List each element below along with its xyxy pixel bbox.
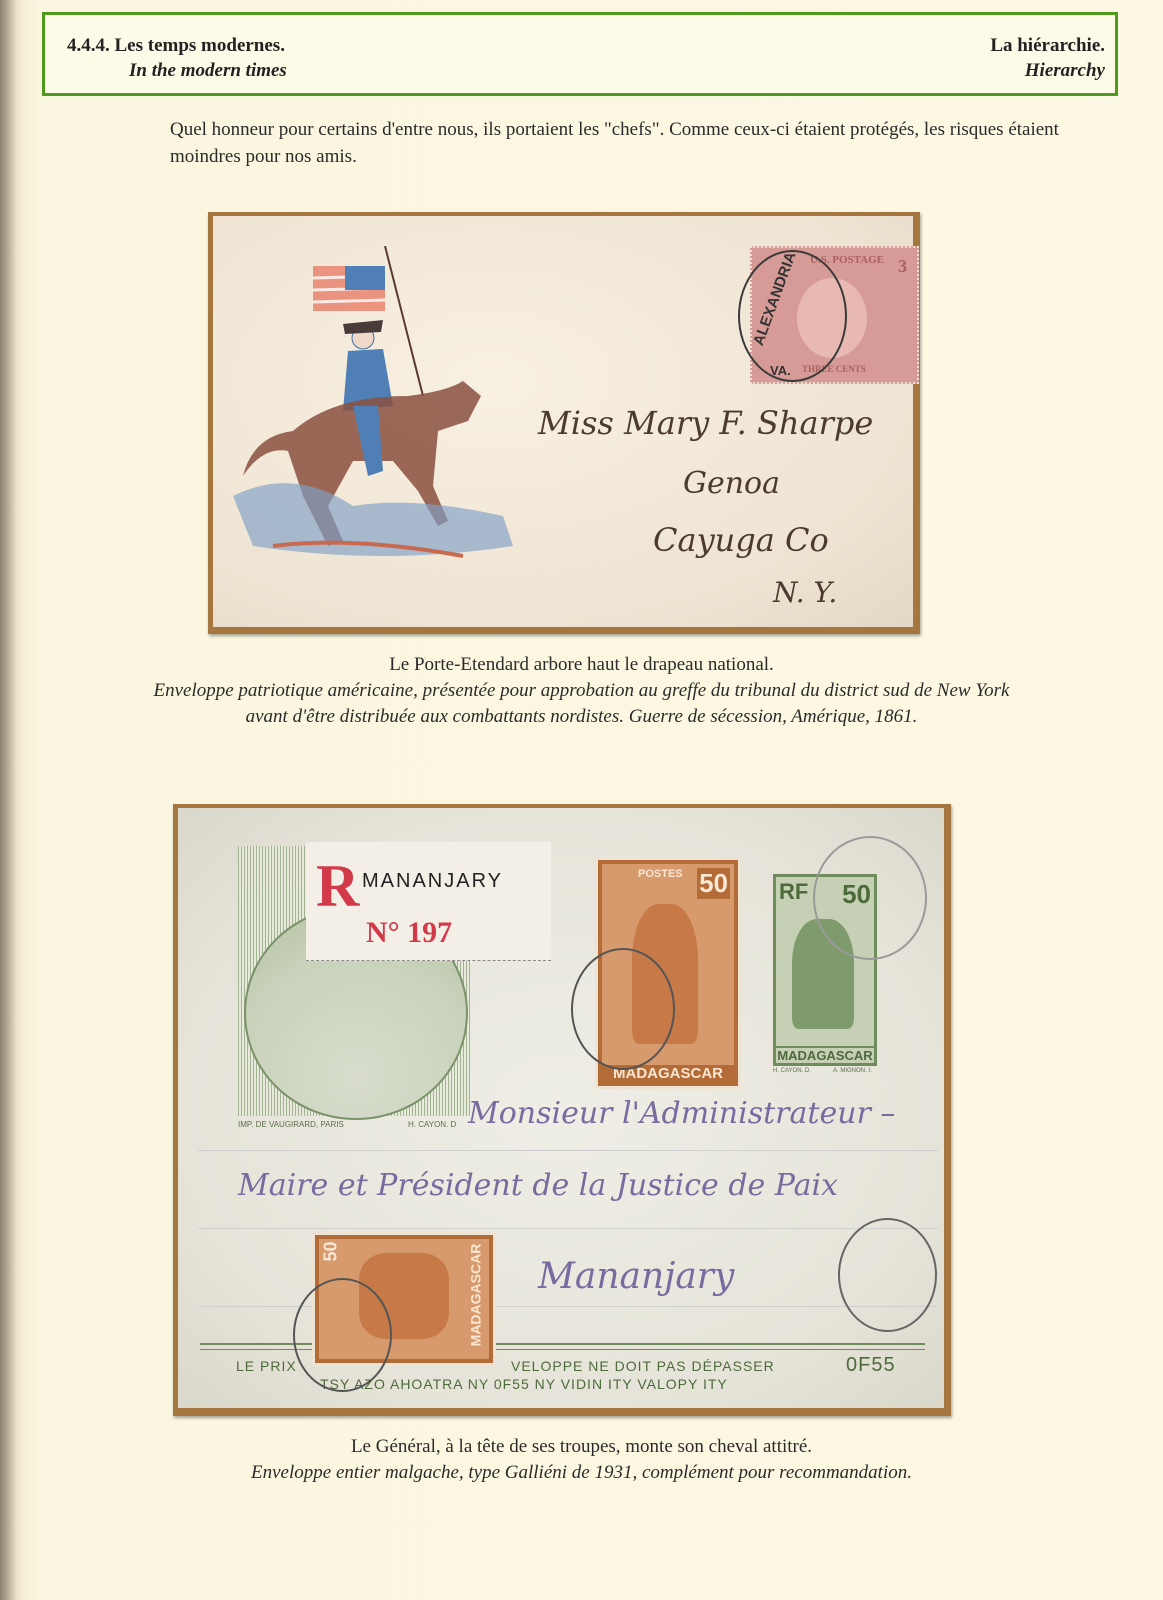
indicia-rf: RF (779, 879, 808, 905)
footer-price: 0F55 (846, 1354, 896, 1377)
section-title-fr: Les temps modernes. (115, 35, 285, 56)
topic-fr: La hiérarchie. (990, 33, 1105, 58)
intro-paragraph: Quel honneur pour certains d'entre nous,… (170, 116, 1070, 170)
postmark-state: VA. (770, 363, 791, 378)
address-line-2: Maire et Président de la Justice de Paix (238, 1168, 838, 1203)
address-line-2: Genoa (683, 466, 780, 501)
envelope-paper: U.S. POSTAGE 3 THREE CENTS ALEXANDRIA VA… (213, 216, 913, 627)
section-number: 4.4.4. (67, 35, 110, 56)
registration-label: R MANANJARY N° 197 (306, 842, 551, 961)
footer-text-malagasy: TSY AZO AHOATRA NY 0F55 NY VIDIN ITY VAL… (320, 1376, 728, 1392)
vignette-engraver: H. CAYON. D (408, 1120, 456, 1129)
address-line-1: Monsieur l'Administrateur – (468, 1096, 895, 1131)
topic-en: Hierarchy (990, 58, 1105, 83)
indicia-engraver-1: H. CAYON. D. (773, 1068, 811, 1074)
address-line-3: Cayuga Co (653, 521, 829, 559)
alexandria-postmark: ALEXANDRIA VA. (738, 250, 847, 382)
address-line-4: N. Y. (773, 576, 837, 609)
registration-letter: R (316, 852, 359, 921)
section-title-en: In the modern times (67, 58, 287, 83)
stamp-country: MADAGASCAR (468, 1244, 484, 1347)
stamp-value: 50 (697, 868, 730, 899)
envelope-civil-war: U.S. POSTAGE 3 THREE CENTS ALEXANDRIA VA… (208, 212, 920, 634)
stamp-value: 3 (898, 256, 907, 277)
mananjary-arrival-postmark (838, 1218, 937, 1332)
postmark-city: ALEXANDRIA (750, 250, 800, 348)
caption-2-description: Enveloppe entier malgache, type Galliéni… (0, 1460, 1163, 1486)
section-header: 4.4.4. Les temps modernes. In the modern… (42, 12, 1118, 96)
stamp-postes: POSTES (638, 868, 683, 880)
caption-2: Le Général, à la tête de ses troupes, mo… (0, 1434, 1163, 1486)
indicia-engraver-2: A. MIGNON. I. (833, 1068, 872, 1074)
address-line-3: Mananjary (538, 1256, 734, 1297)
registration-number: N° 197 (366, 916, 452, 950)
mananjary-postmark (571, 948, 675, 1070)
footer-text-left: LE PRIX (236, 1358, 297, 1374)
section-title: 4.4.4. Les temps modernes. In the modern… (67, 33, 287, 83)
footer-text-right: VELOPPE NE DOIT PAS DÉPASSER (511, 1358, 775, 1374)
envelope-paper: IMP. DE VAUGIRARD, PARIS H. CAYON. D R M… (178, 808, 944, 1408)
indicia-country: MADAGASCAR (776, 1046, 874, 1063)
caption-2-title: Le Général, à la tête de ses troupes, mo… (0, 1434, 1163, 1460)
mananjary-postmark-3 (293, 1278, 392, 1392)
topic-title: La hiérarchie. Hierarchy (990, 33, 1105, 83)
vignette-printer: IMP. DE VAUGIRARD, PARIS (238, 1120, 344, 1129)
address-line-1: Miss Mary F. Sharpe (538, 404, 873, 442)
mananjary-postmark-2 (813, 836, 927, 960)
caption-1-title: Le Porte-Etendard arbore haut le drapeau… (0, 652, 1163, 678)
envelope-madagascar: IMP. DE VAUGIRARD, PARIS H. CAYON. D R M… (173, 804, 951, 1416)
cavalry-standard-bearer-illustration (233, 246, 523, 586)
stamp-value: 50 (321, 1241, 342, 1261)
caption-1-description: Enveloppe patriotique américaine, présen… (147, 678, 1017, 730)
caption-1: Le Porte-Etendard arbore haut le drapeau… (0, 652, 1163, 730)
registration-city: MANANJARY (362, 870, 503, 893)
